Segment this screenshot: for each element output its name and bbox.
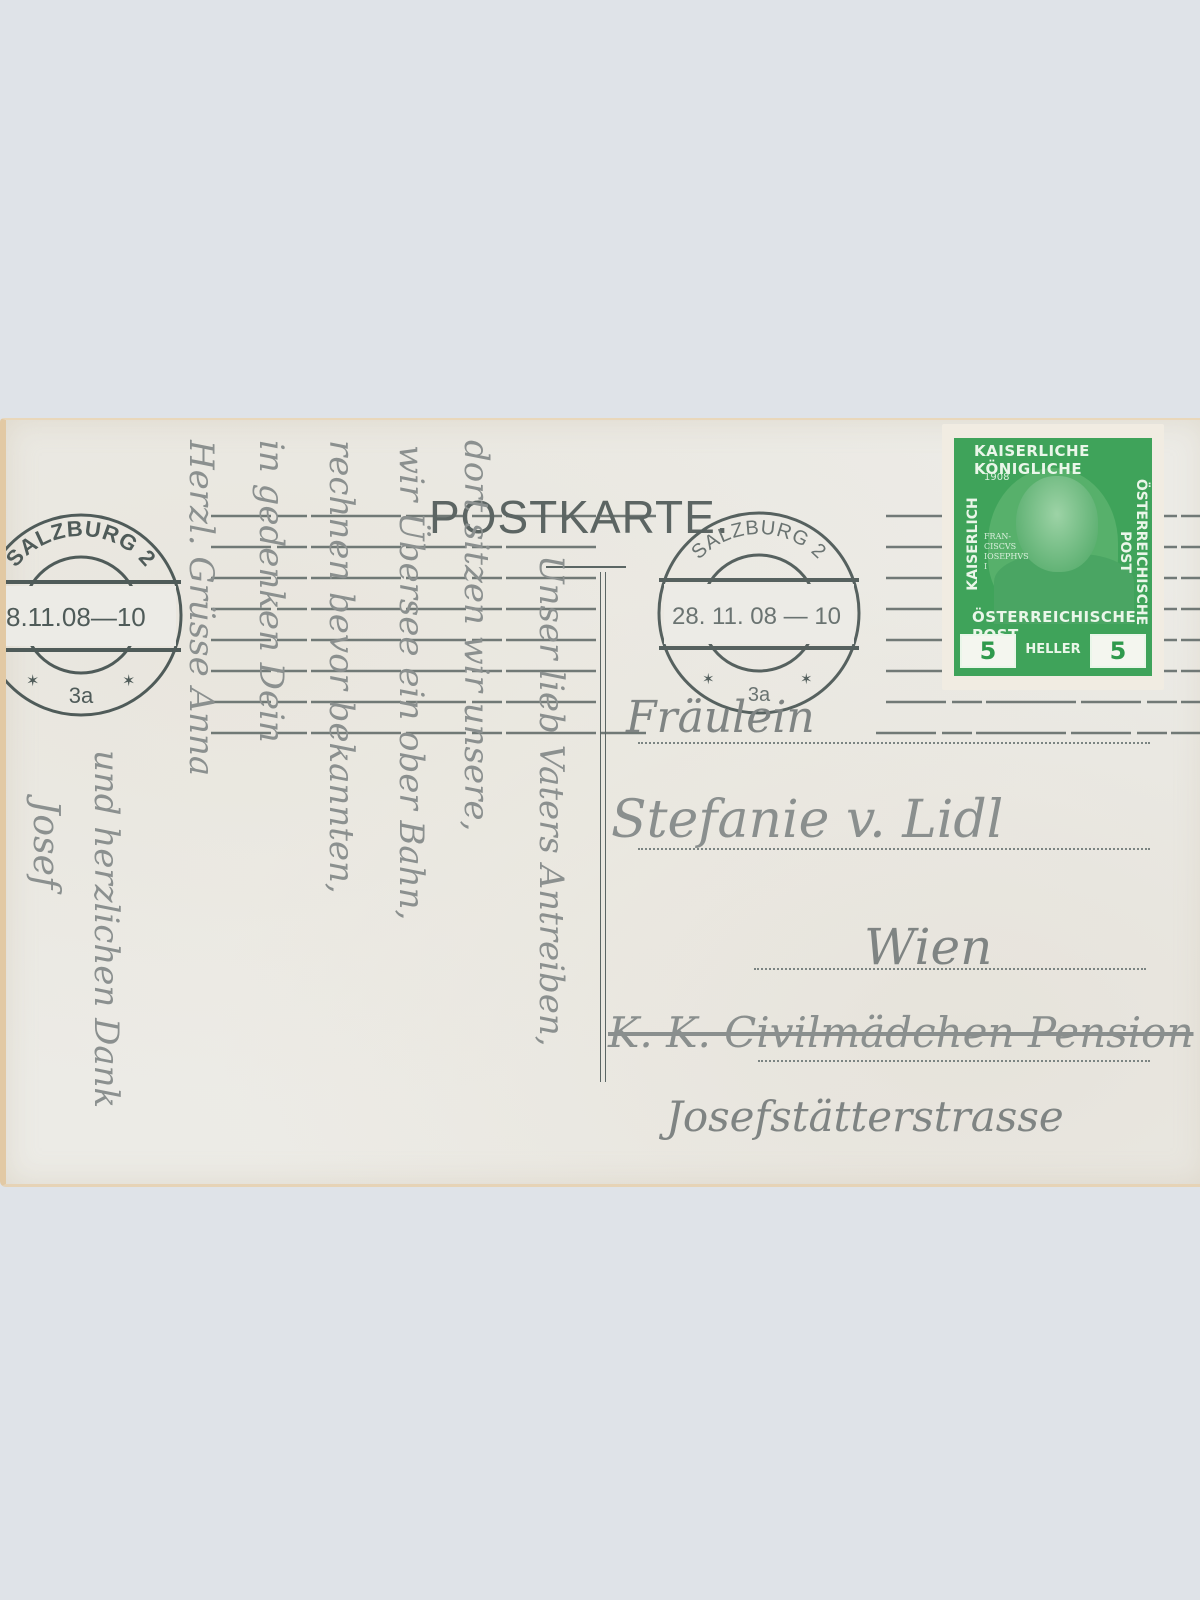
address-recipient-title: Fräulein <box>626 692 815 743</box>
postmark-left: SALZBURG 2 8.11.08—10 3a ✶ ✶ <box>0 500 196 730</box>
stamp-right-text: ÖSTERREICHISCHE POST <box>1117 477 1149 627</box>
stamp-legend: FRAN- CISCVS IOSEPHVS I <box>984 532 1029 572</box>
stamp-denomination: HELLER <box>1020 642 1086 657</box>
message-line-4: rechnen bevor bekannten, <box>321 440 361 894</box>
stamp-left-text: KAISERLICH <box>965 469 981 619</box>
message-line-1: Unser lieb Vaters Antreiben, <box>531 555 571 1047</box>
address-street: Josefstätterstrasse <box>666 1092 1064 1141</box>
message-line-2: dort sitzen wir unsere, <box>456 440 496 831</box>
svg-text:3a: 3a <box>69 683 94 708</box>
address-city: Wien <box>864 918 992 976</box>
svg-text:8.11.08—10: 8.11.08—10 <box>6 602 146 632</box>
stamp-value-right: 5 <box>1090 634 1146 668</box>
address-recipient-name: Stefanie v. Lidl <box>611 790 1003 850</box>
address-line-4 <box>758 1060 1150 1062</box>
svg-text:28. 11. 08 — 10: 28. 11. 08 — 10 <box>672 603 841 630</box>
svg-text:✶: ✶ <box>800 671 813 688</box>
stamp-value-left: 5 <box>960 634 1016 668</box>
stamp-year: 1908 <box>984 472 1009 483</box>
message-line-3: wir Übersee ein ober Bahn, <box>391 445 431 920</box>
svg-text:✶: ✶ <box>702 671 715 688</box>
message-line-7: und herzlichen Dank <box>86 750 126 1108</box>
message-line-5: in gedenken Dein <box>251 440 291 743</box>
svg-text:SALZBURG 2: SALZBURG 2 <box>1 516 161 572</box>
message-signature: Josef <box>25 800 66 889</box>
svg-text:SALZBURG 2: SALZBURG 2 <box>687 517 830 564</box>
postage-stamp: KAISERLICHE KÖNIGLICHE KAISERLICH ÖSTERR… <box>942 424 1164 690</box>
postcard: POSTKARTE. SALZBURG 2 8.11.08—10 3a ✶ ✶ <box>0 418 1200 1187</box>
message-address-divider <box>600 572 606 1082</box>
svg-text:✶: ✶ <box>26 673 39 690</box>
address-institution: K. K. Civilmädchen Pension <box>608 1008 1194 1057</box>
stamp-face: KAISERLICHE KÖNIGLICHE KAISERLICH ÖSTERR… <box>954 438 1152 676</box>
message-line-6: Herzl. Grüsse Anna <box>181 440 221 776</box>
svg-text:✶: ✶ <box>122 673 135 690</box>
